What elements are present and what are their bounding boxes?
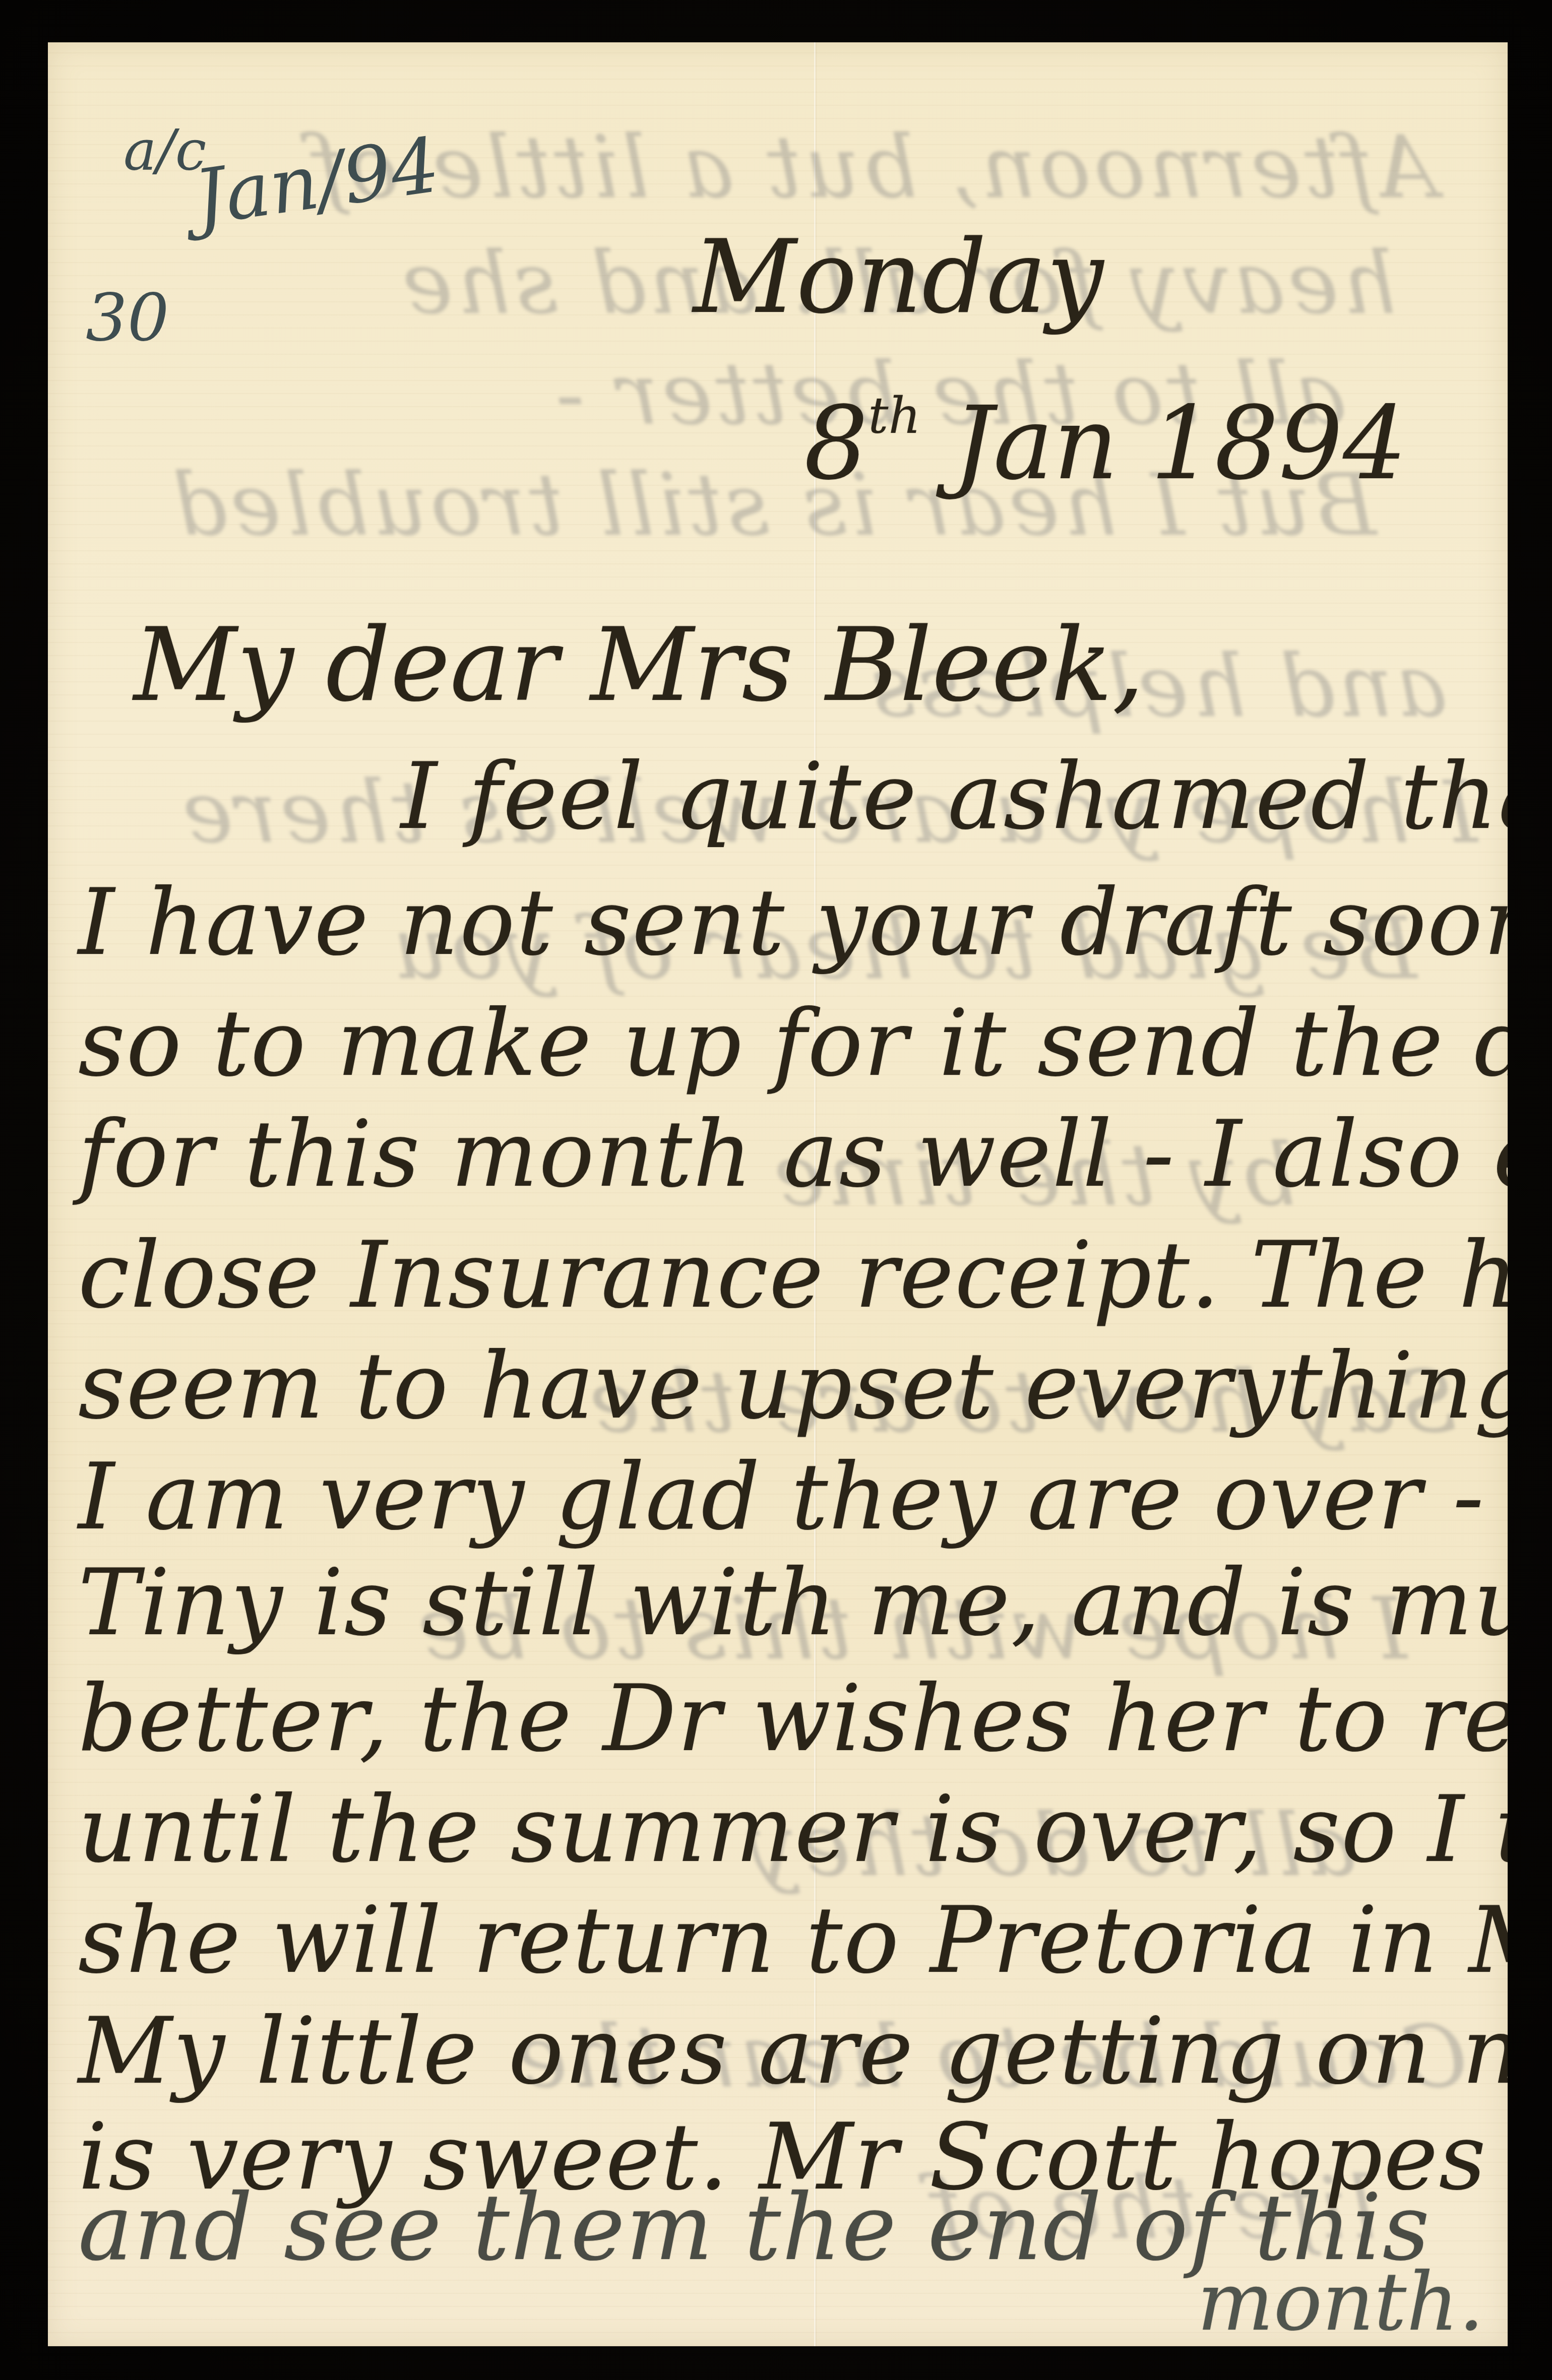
continuation-word: month. xyxy=(1197,2255,1484,2346)
date-month-year: Jan 1894 xyxy=(953,385,1407,502)
body-line: close Insurance receipt. The holidays xyxy=(78,1221,1508,1328)
letter-date: 8th Jan 1894 xyxy=(804,385,1407,502)
body-line: seem to have upset everything, and xyxy=(78,1332,1508,1439)
date-day: 8 xyxy=(804,385,868,502)
body-line: I have not sent your draft sooner. xyxy=(78,869,1508,976)
body-line: better, the Dr wishes her to remain here xyxy=(78,1665,1508,1772)
body-line: for this month as well - I also en- xyxy=(78,1101,1508,1207)
bleed-through-line: Afternoon, but a little of xyxy=(310,118,1437,218)
letter-day: Monday xyxy=(693,219,1103,336)
body-line: until the summer is over, so I think xyxy=(78,1776,1508,1883)
body-line: Tiny is still with me, and is much xyxy=(78,1549,1508,1656)
salutation: My dear Mrs Bleek, xyxy=(134,607,1144,724)
body-line: she will return to Pretoria in March. xyxy=(78,1887,1508,1993)
body-line: My little ones are getting on nicely, Ba… xyxy=(78,1998,1508,2104)
date-suffix: th xyxy=(868,386,921,445)
annotation-count: 30 xyxy=(86,279,169,356)
body-line: I am very glad they are over - xyxy=(78,1443,1485,1550)
letter-sheet: Afternoon, but a little of heavy for all… xyxy=(48,42,1508,2346)
body-line: I feel quite ashamed that xyxy=(401,743,1508,850)
annotation-month: Jan/94 xyxy=(189,121,445,242)
body-line: so to make up for it send the draft xyxy=(78,990,1508,1097)
